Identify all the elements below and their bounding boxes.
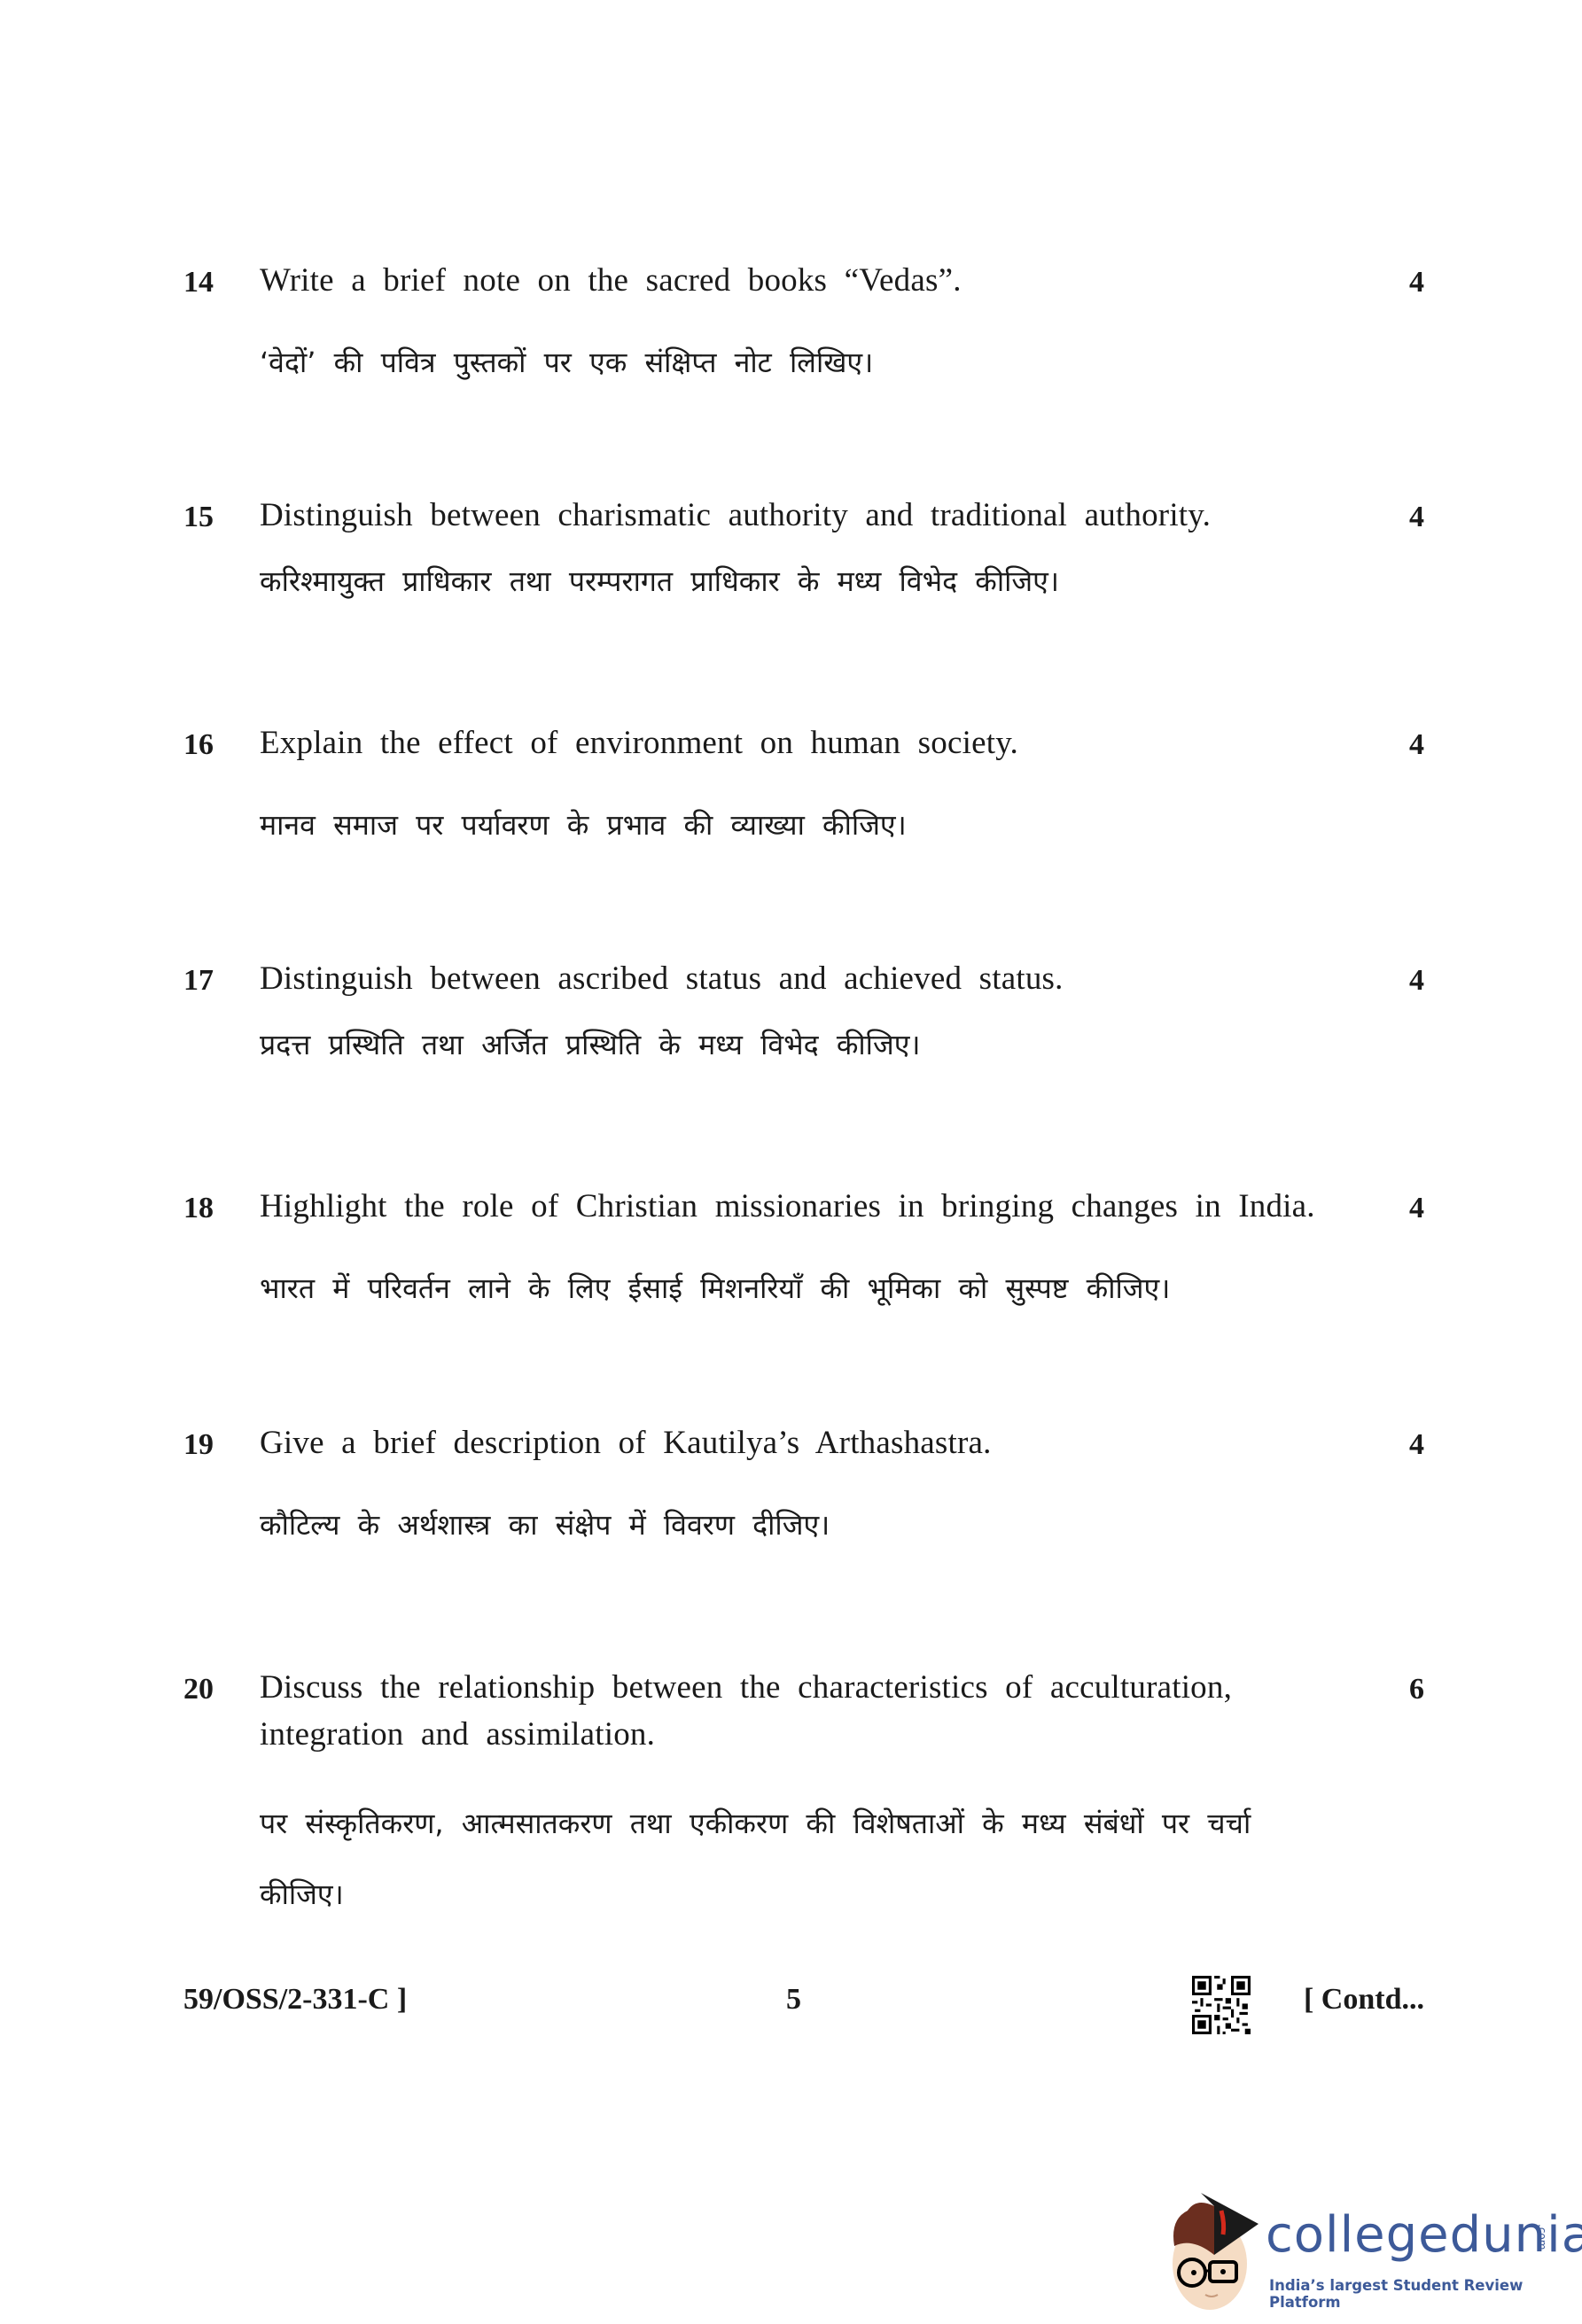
brand-name: collegedunia	[1266, 2206, 1582, 2264]
question-marks: 4	[1409, 266, 1424, 299]
question-number: 16	[183, 728, 214, 762]
question-text-english: Discuss the relationship between the cha…	[260, 1664, 1288, 1758]
paper-code: 59/OSS/2-331-C ]	[183, 1983, 407, 2017]
question-marks: 4	[1409, 1428, 1424, 1462]
question-number: 14	[183, 266, 214, 299]
question-text-hindi: प्रदत्त प्रस्थिति तथा अर्जित प्रस्थिति क…	[260, 1008, 1323, 1081]
exam-page: 14 Write a brief note on the sacred book…	[0, 0, 1582, 2324]
question-number: 19	[183, 1428, 214, 1462]
question-text-hindi: भारत में परिवर्तन लाने के लिए ईसाई मिशनर…	[260, 1252, 1323, 1325]
continued-label: [ Contd...	[1304, 1983, 1424, 2017]
question-text-hindi: कौटिल्य के अर्थशास्त्र का संक्षेप में वि…	[260, 1488, 1323, 1561]
question-text-hindi: ‘वेदों’ की पवित्र पुस्तकों पर एक संक्षिप…	[260, 326, 1323, 399]
question-text-english: Explain the effect of environment on hum…	[260, 719, 1359, 766]
question-number: 20	[183, 1673, 214, 1706]
qr-code-icon	[1192, 1976, 1251, 2034]
question-number: 18	[183, 1192, 214, 1225]
question-text-english: Distinguish between charismatic authorit…	[260, 492, 1359, 539]
question-text-hindi: करिश्मायुक्त प्राधिकार तथा परम्परागत प्र…	[260, 545, 1323, 618]
page-number: 5	[786, 1983, 801, 2017]
question-number: 17	[183, 964, 214, 998]
page-footer: 59/OSS/2-331-C ] 5 [ Contd...	[183, 1976, 1424, 2047]
question-text-hindi: पर संस्कृतिकरण, आत्मसातकरण तथा एकीकरण की…	[260, 1788, 1279, 1930]
mascot-logo-icon	[1161, 2171, 1267, 2317]
question-text-english: Highlight the role of Christian missiona…	[260, 1183, 1412, 1230]
question-marks: 4	[1409, 501, 1424, 534]
question-text-english: Write a brief note on the sacred books “…	[260, 257, 1359, 304]
question-text-english: Give a brief description of Kautilya’s A…	[260, 1419, 1359, 1466]
question-marks: 4	[1409, 1192, 1424, 1225]
question-text-hindi: मानव समाज पर पर्यावरण के प्रभाव की व्याख…	[260, 789, 1323, 861]
question-text-english: Distinguish between ascribed status and …	[260, 955, 1359, 1002]
brand-tagline: India’s largest Student Review Platform	[1269, 2277, 1569, 2311]
question-marks: 6	[1409, 1673, 1424, 1706]
collegedunia-watermark: collegedunia .com India’s largest Studen…	[1161, 2171, 1569, 2317]
question-number: 15	[183, 501, 214, 534]
question-marks: 4	[1409, 728, 1424, 762]
question-marks: 4	[1409, 964, 1424, 998]
brand-dotcom: .com	[1536, 2224, 1548, 2250]
